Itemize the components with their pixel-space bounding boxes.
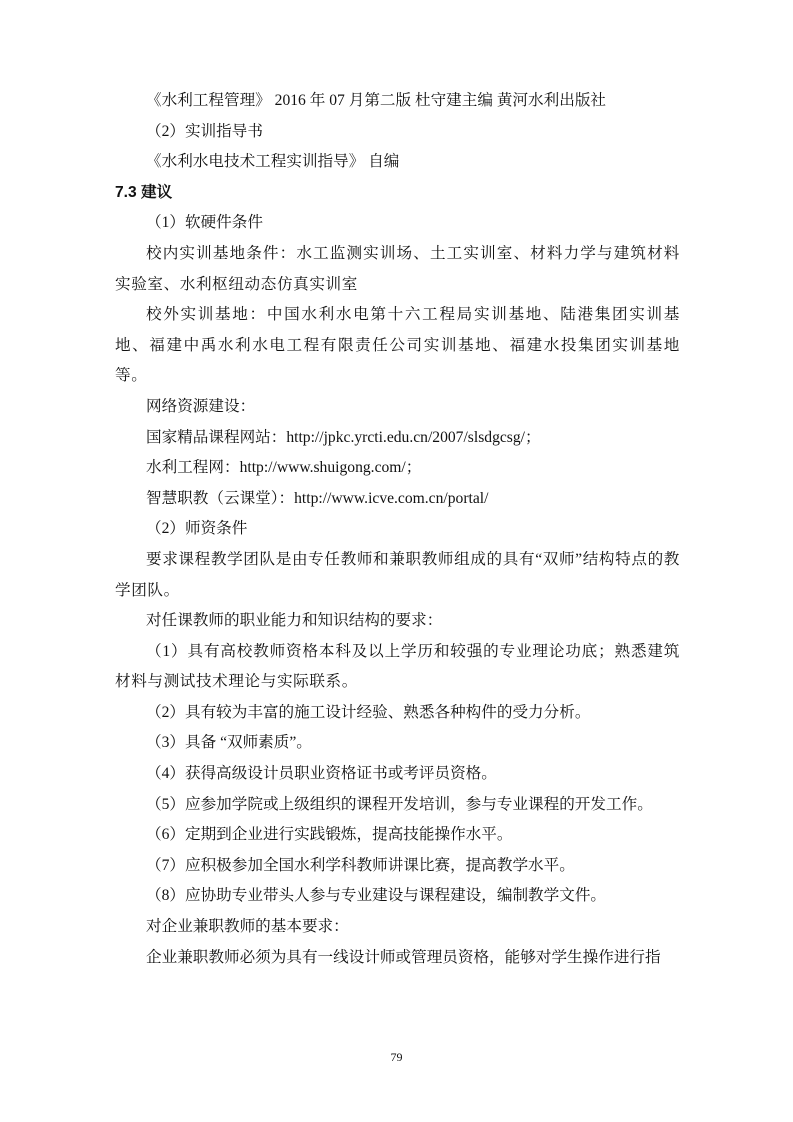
paragraph-teaching-team: 要求课程教学团队是由专任教师和兼职教师组成的具有“双师”结构特点的教学团队。 (115, 545, 680, 606)
reference-book-1: 《水利工程管理》 2016 年 07 月第二版 杜守建主编 黄河水利出版社 (115, 86, 680, 117)
subsection-teacher-conditions: （2）师资条件 (115, 514, 680, 545)
requirement-item-3: （3）具备 “双师素质”。 (115, 728, 680, 759)
teacher-requirements-label: 对任课教师的职业能力和知识结构的要求： (115, 606, 680, 637)
requirement-item-5: （5）应参加学院或上级组织的课程开发培训，参与专业课程的开发工作。 (115, 790, 680, 821)
network-resources-label: 网络资源建设： (115, 392, 680, 423)
requirement-item-7: （7）应积极参加全国水利学科教师讲课比赛，提高教学水平。 (115, 851, 680, 882)
document-page: 《水利工程管理》 2016 年 07 月第二版 杜守建主编 黄河水利出版社 （2… (115, 86, 680, 973)
requirement-item-2: （2）具有较为丰富的施工设计经验、熟悉各种构件的受力分析。 (115, 698, 680, 729)
paragraph-external-bases: 校外实训基地：中国水利水电第十六工程局实训基地、陆港集团实训基地、福建中禹水利水… (115, 300, 680, 392)
paragraph-internal-bases: 校内实训基地条件：水工监测实训场、土工实训室、材料力学与建筑材料实验室、水利枢纽… (115, 239, 680, 300)
requirement-item-1: （1）具有高校教师资格本科及以上学历和较强的专业理论功底；熟悉建筑材料与测试技术… (115, 637, 680, 698)
requirement-item-6: （6）定期到企业进行实践锻炼，提高技能操作水平。 (115, 820, 680, 851)
section-heading-7-3: 7.3 建议 (115, 178, 680, 209)
requirement-item-8: （8）应协助专业带头人参与专业建设与课程建设，编制教学文件。 (115, 881, 680, 912)
link-national-course-site: 国家精品课程网站：http://jpkc.yrcti.edu.cn/2007/s… (115, 423, 680, 454)
enterprise-teacher-paragraph: 企业兼职教师必须为具有一线设计师或管理员资格，能够对学生操作进行指 (115, 943, 680, 974)
page-number: 79 (0, 1050, 793, 1065)
enterprise-teacher-label: 对企业兼职教师的基本要求： (115, 912, 680, 943)
subsection-training-guide: （2）实训指导书 (115, 117, 680, 148)
subsection-hardware-software: （1）软硬件条件 (115, 208, 680, 239)
requirement-item-4: （4）获得高级设计员职业资格证书或考评员资格。 (115, 759, 680, 790)
link-icve-site: 智慧职教（云课堂）：http://www.icve.com.cn/portal/ (115, 484, 680, 515)
link-shuigong-site: 水利工程网：http://www.shuigong.com/； (115, 453, 680, 484)
reference-book-2: 《水利水电技术工程实训指导》 自编 (115, 147, 680, 178)
